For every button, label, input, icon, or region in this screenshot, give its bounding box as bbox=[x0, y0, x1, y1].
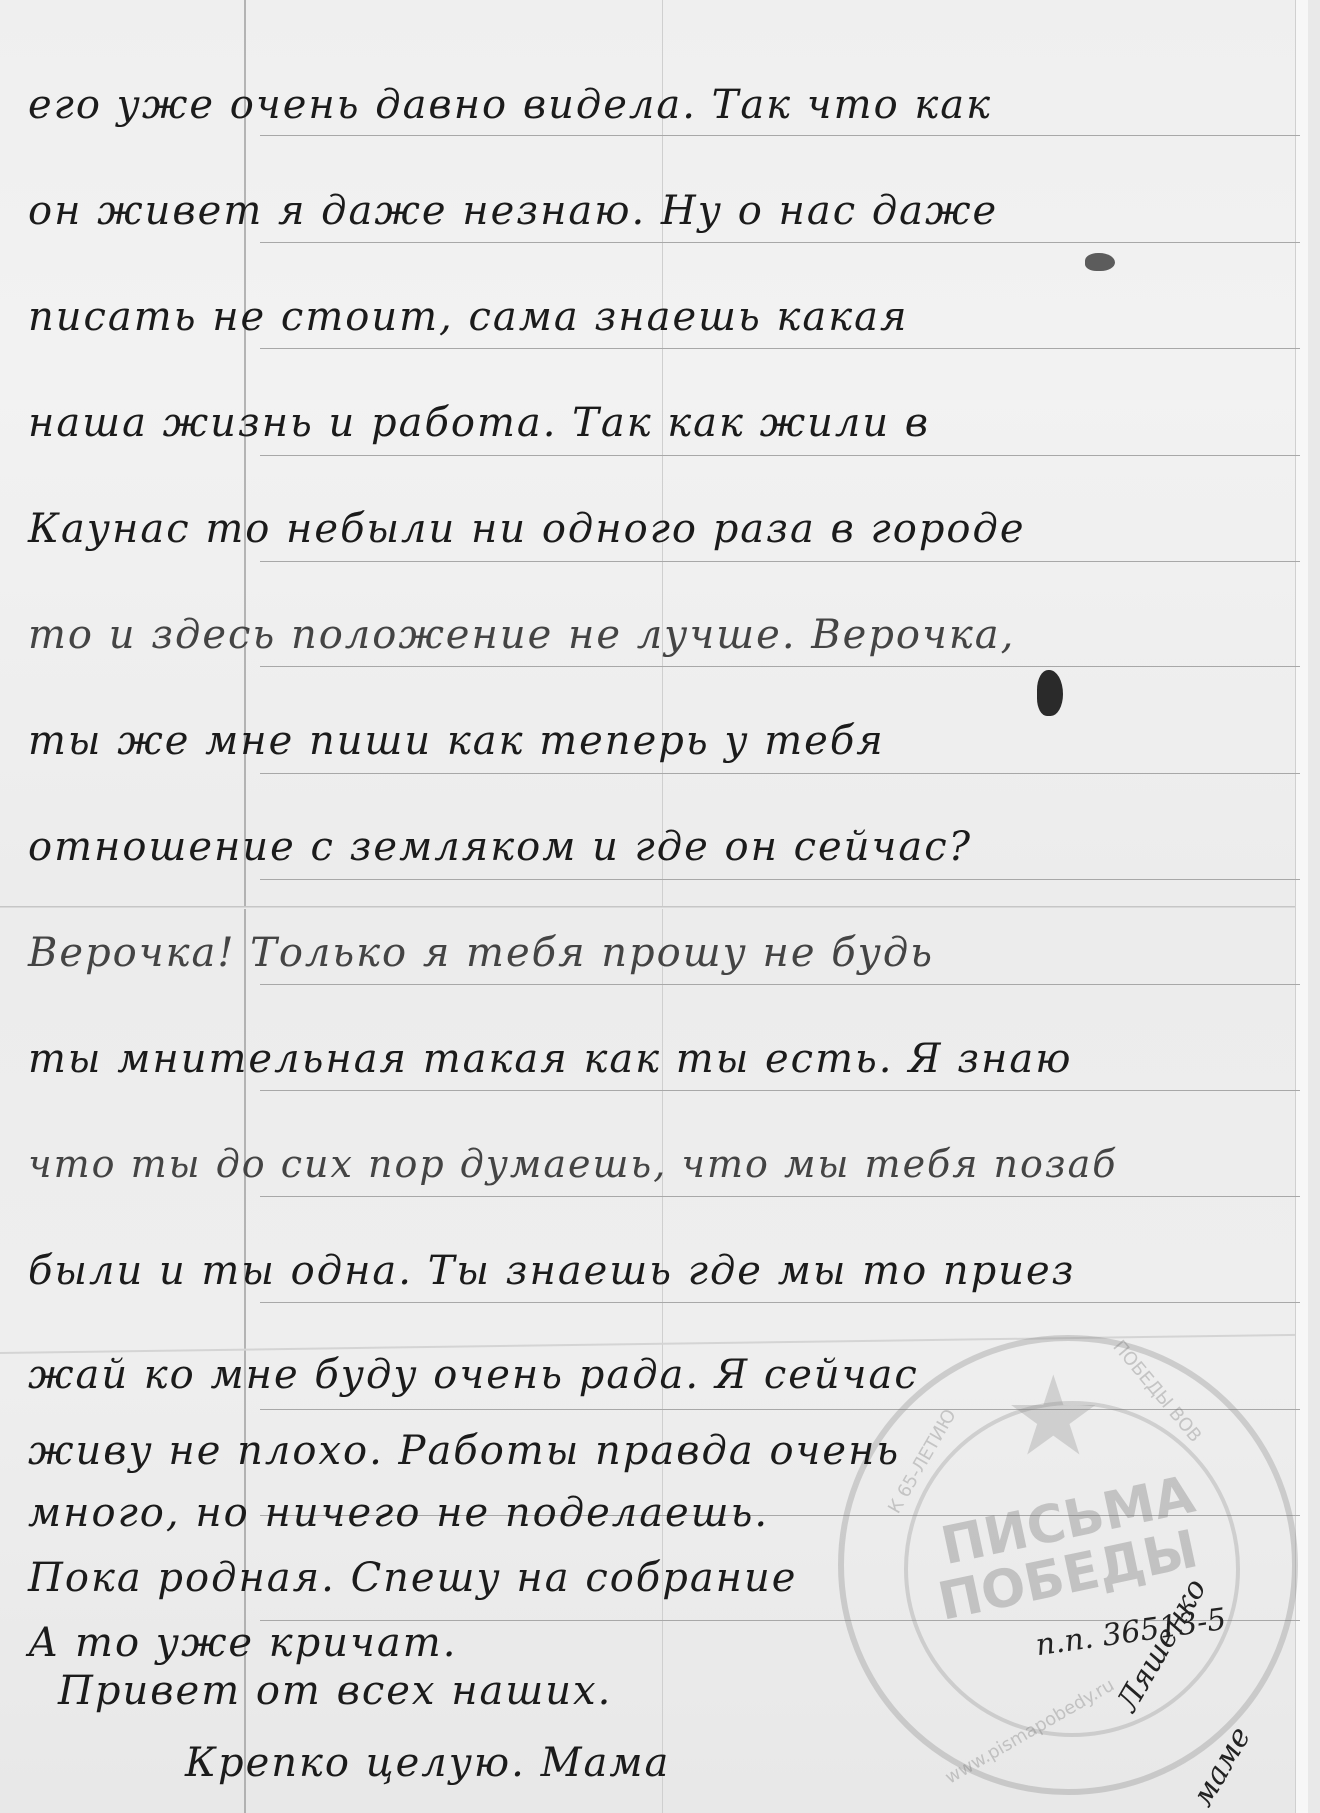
letter-sheet: ★ ПИСЬМА ПОБЕДЫ ПОБЕДЫ ВОВ К 65-ЛЕТИЮ ww… bbox=[0, 0, 1308, 1813]
letter-line: его уже очень давно видела. Так что как bbox=[28, 82, 992, 128]
ink-blot bbox=[1037, 670, 1063, 716]
letter-line: наша жизнь и работа. Так как жили в bbox=[28, 400, 930, 446]
ruled-line bbox=[260, 1090, 1300, 1091]
letter-line: ты же мне пиши как теперь у тебя bbox=[28, 718, 885, 764]
ink-blot bbox=[1085, 253, 1115, 271]
letter-signoff: Крепко целую. Мама bbox=[185, 1740, 670, 1786]
letter-line: живу не плохо. Работы правда очень bbox=[28, 1428, 900, 1474]
letter-line: много, но ничего не поделаешь. bbox=[28, 1490, 769, 1536]
ruled-line bbox=[260, 1302, 1300, 1303]
letter-line: что ты до сих пор думаешь, что мы тебя п… bbox=[28, 1142, 1117, 1186]
ruled-line bbox=[260, 984, 1300, 985]
star-icon: ★ bbox=[1004, 1361, 1103, 1471]
ruled-line bbox=[260, 242, 1300, 243]
letter-line: Пока родная. Спешу на собрание bbox=[28, 1555, 797, 1601]
ruled-line bbox=[260, 135, 1300, 136]
letter-line: то и здесь положение не лучше. Верочка, bbox=[28, 612, 1015, 658]
ruled-line bbox=[260, 773, 1300, 774]
letter-line: Каунас то небыли ни одного раза в городе bbox=[28, 506, 1026, 552]
fold-crease-horizontal bbox=[0, 906, 1308, 909]
letter-line: Привет от всех наших. bbox=[58, 1668, 612, 1714]
letter-line: А то уже кричат. bbox=[28, 1620, 457, 1666]
ruled-line bbox=[260, 666, 1300, 667]
ruled-line bbox=[260, 879, 1300, 880]
letter-line: ты мнительная такая как ты есть. Я знаю bbox=[28, 1036, 1072, 1082]
letter-line: отношение с земляком и где он сейчас? bbox=[28, 824, 972, 870]
letter-line: писать не стоит, сама знаешь какая bbox=[28, 294, 908, 340]
ruled-line bbox=[260, 348, 1300, 349]
letter-line: Верочка! Только я тебя прошу не будь bbox=[28, 930, 934, 976]
letter-line: жай ко мне буду очень рада. Я сейчас bbox=[28, 1352, 919, 1398]
letter-line: он живет я даже незнаю. Ну о нас даже bbox=[28, 188, 998, 234]
ruled-line bbox=[260, 561, 1300, 562]
ruled-line bbox=[260, 1196, 1300, 1197]
paper-edge bbox=[1295, 0, 1308, 1813]
ruled-line bbox=[260, 455, 1300, 456]
letter-line: были и ты одна. Ты знаешь где мы то прие… bbox=[28, 1248, 1076, 1294]
